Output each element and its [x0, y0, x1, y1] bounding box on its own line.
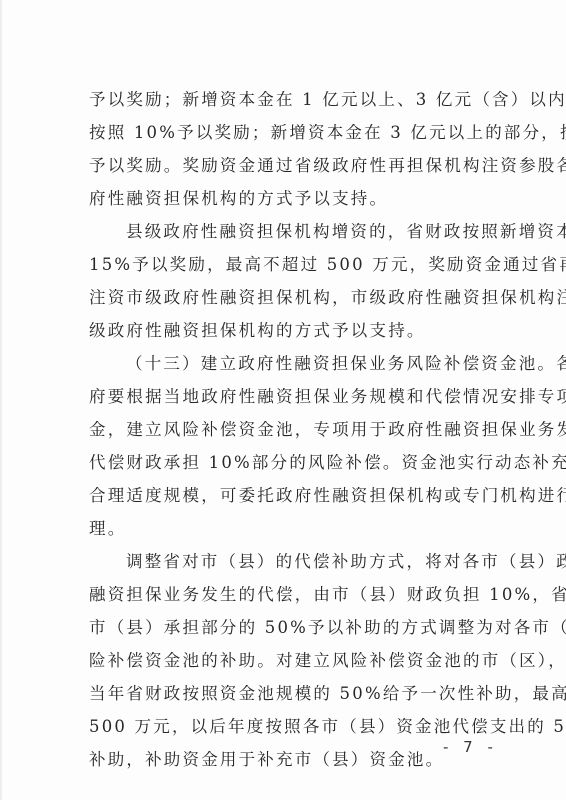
text-line-7: 注资市级政府性融资担保机构，市级政府性融资担保机构注资县 [89, 284, 513, 317]
body-text: 予以奖励；新增资本金在 1 亿元以上、3 亿元（含）以内的部分， 按照 10%予… [89, 86, 513, 779]
text-line-12: 代偿财政承担 10%部分的风险补偿。资金池实行动态补充，保持 [89, 449, 513, 482]
text-line-2: 按照 10%予以奖励；新增资本金在 3 亿元以上的部分，按照 5% [89, 119, 513, 152]
text-line-17: 市（县）承担部分的 50%予以补助的方式调整为对各市（县）风 [89, 614, 513, 647]
text-line-18: 险补偿资金池的补助。对建立风险补偿资金池的市（区），设立 [89, 647, 513, 680]
page-number: - 7 - [443, 738, 498, 756]
text-line-8: 级政府性融资担保机构的方式予以支持。 [89, 317, 513, 350]
text-line-11: 金，建立风险补偿资金池，专项用于政府性融资担保业务发生的 [89, 416, 513, 449]
document-page: 予以奖励；新增资本金在 1 亿元以上、3 亿元（含）以内的部分， 按照 10%予… [0, 0, 566, 800]
section-heading-13: （十三）建立政府性融资担保业务风险补偿资金池。各级政 [89, 350, 513, 383]
text-line-19: 当年省财政按照资金池规模的 50%给予一次性补助，最高不超过 [89, 680, 513, 713]
text-line-16: 融资担保业务发生的代偿，由市（县）财政负担 10%，省财政按 [89, 581, 513, 614]
text-line-13: 合理适度规模，可委托政府性融资担保机构或专门机构进行管 [89, 482, 513, 515]
paragraph-compensation-adjustment: 调整省对市（县）的代偿补助方式，将对各市（县）政府性 [89, 548, 513, 581]
text-line-14: 理。 [89, 515, 513, 548]
paragraph-county-capital-increase: 县级政府性融资担保机构增资的，省财政按照新增资本金的 [89, 218, 513, 251]
text-line-10: 府要根据当地政府性融资担保业务规模和代偿情况安排专项资 [89, 383, 513, 416]
scan-edge [0, 0, 3, 800]
text-line-1: 予以奖励；新增资本金在 1 亿元以上、3 亿元（含）以内的部分， [89, 86, 513, 119]
text-line-4: 府性融资担保机构的方式予以支持。 [89, 185, 513, 218]
text-line-6: 15%予以奖励，最高不超过 500 万元，奖励资金通过省再担保公司 [89, 251, 513, 284]
text-line-3: 予以奖励。奖励资金通过省级政府性再担保机构注资参股各市政 [89, 152, 513, 185]
